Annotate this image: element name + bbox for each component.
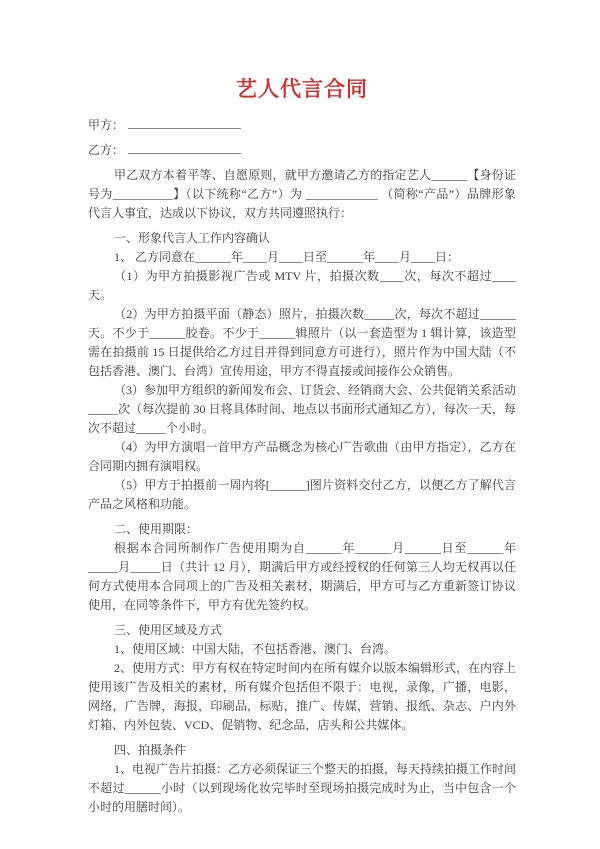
party-b-blank: [128, 142, 241, 154]
clause-3-2: 2、使用方式：甲方有权在特定时间内在所有媒介以版本编辑形式，在内容上使用该广告及…: [88, 659, 516, 735]
clause-2-1: 根据本合同所制作广告使用期为自______年______月______日至___…: [88, 539, 516, 615]
section-4-heading: 四、拍摄条件: [88, 741, 516, 760]
contract-title: 艺人代言合同: [88, 74, 516, 104]
party-b-label: 乙方：: [88, 143, 124, 157]
party-a-line: 甲方：: [88, 116, 516, 135]
clause-1-1-1: （1）为甲方拍摄影视广告或 MTV 片，拍摄次数____次，每次不超过____天…: [88, 267, 516, 305]
clause-1-1-4: （4）为甲方演唱一首甲方产品概念为核心广告歌曲（由甲方指定），乙方在合同期内拥有…: [88, 438, 516, 476]
clause-3-1: 1、使用区域：中国大陆，不包括香港、澳门、台湾。: [88, 640, 516, 659]
clause-1-1: 1、 乙方同意在______年____月____日至______年____月__…: [88, 248, 516, 267]
intro-paragraph: 甲乙双方本着平等、自愿原则，就甲方邀请乙方的指定艺人______【身份证号为__…: [88, 166, 516, 223]
section-3-heading: 三、使用区域及方式: [88, 621, 516, 640]
clause-1-1-2: （2）为甲方拍摄平面（静态）照片，拍摄次数_____次，每次不超过______天…: [88, 305, 516, 381]
section-2-heading: 二、使用期限：: [88, 520, 516, 539]
party-b-line: 乙方：: [88, 141, 516, 160]
clause-1-1-5: （5）甲方于拍摄前一周内将[______]图片资料交付乙方，以便乙方了解代言产品…: [88, 476, 516, 514]
party-a-blank: [128, 117, 241, 129]
clause-1-1-3: （3）参加甲方组织的新闻发布会、订货会、经销商大会、公共促销关系活动_____次…: [88, 381, 516, 438]
clause-4-1: 1、电视广告片拍摄：乙方必须保证三个整天的拍摄，每天持续拍摄工作时间不超过___…: [88, 760, 516, 817]
section-1-heading: 一、形象代言人工作内容确认: [88, 229, 516, 248]
contract-page: 艺人代言合同 甲方： 乙方： 甲乙双方本着平等、自愿原则，就甲方邀请乙方的指定艺…: [0, 0, 600, 849]
party-a-label: 甲方：: [88, 118, 124, 132]
